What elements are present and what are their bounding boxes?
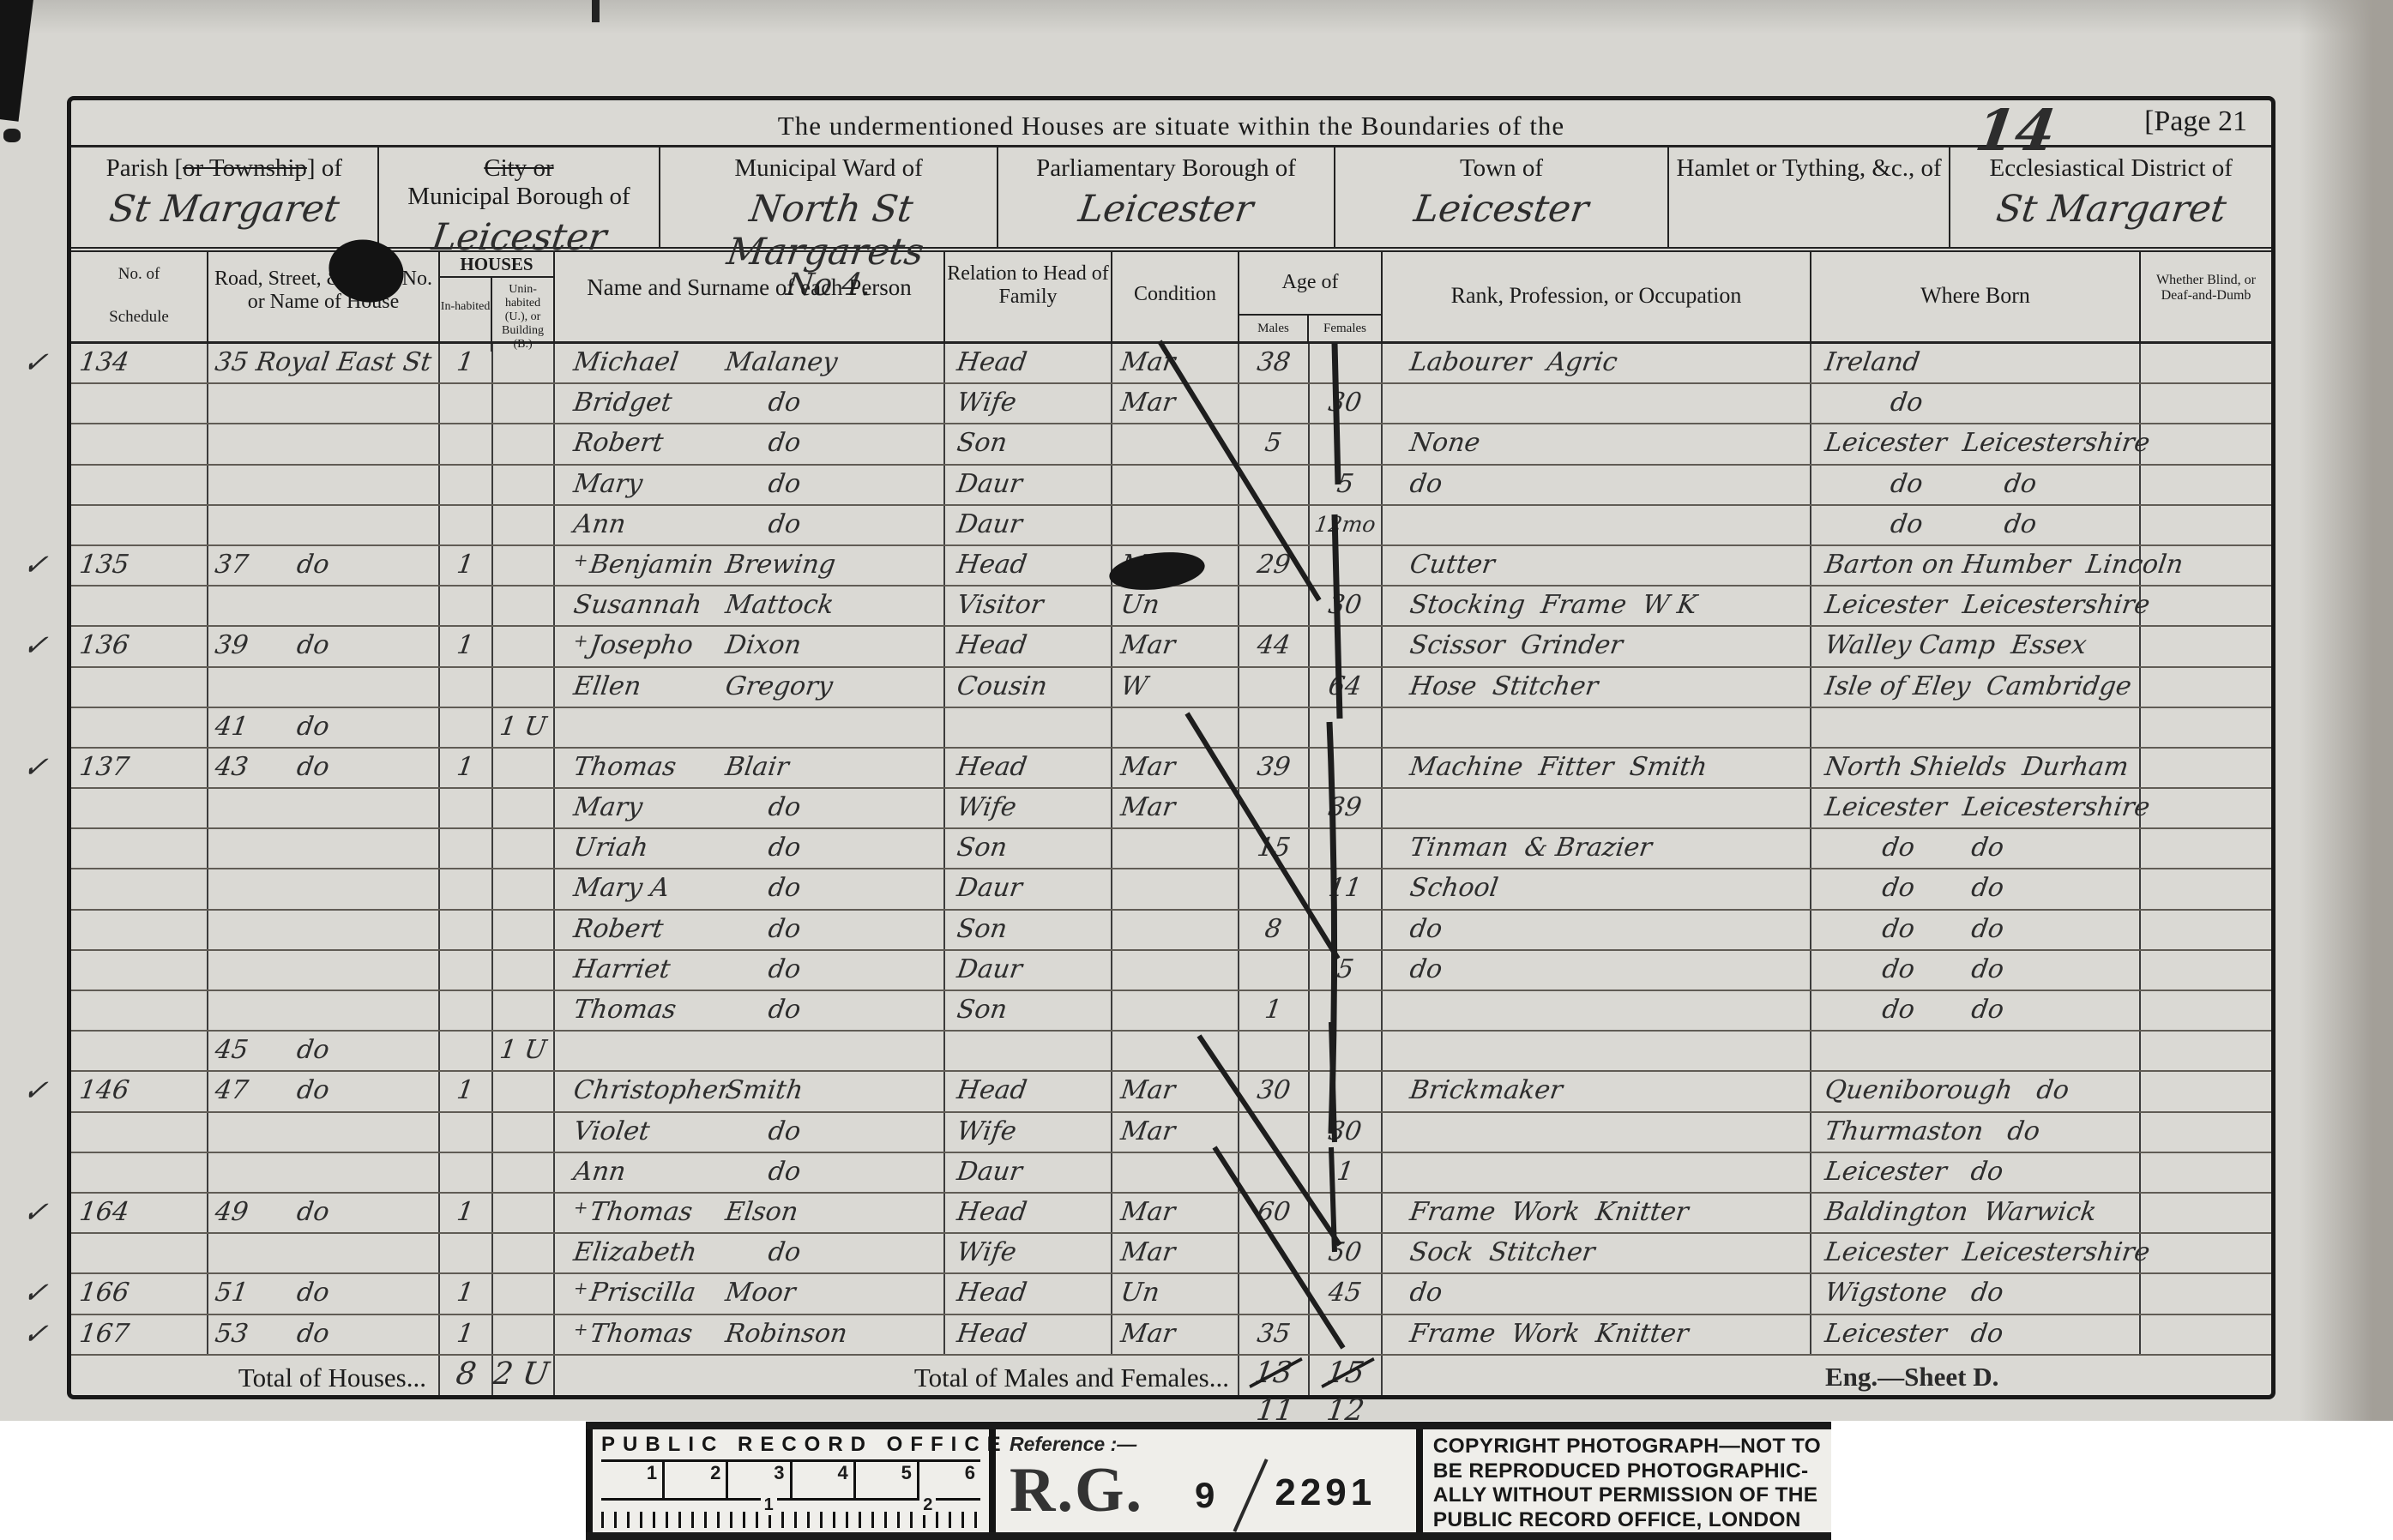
copyright-line: PUBLIC RECORD OFFICE, LONDON <box>1433 1508 1821 1533</box>
cell-inhabited <box>440 951 493 990</box>
cell-infirm <box>2141 1113 2271 1152</box>
cell-age-female <box>1310 991 1383 1030</box>
cell-born: do do <box>1811 869 2141 908</box>
cell-uninhabited <box>493 627 555 665</box>
cell-uninhabited <box>493 829 555 868</box>
cell-relation: Head <box>945 344 1112 382</box>
cell-name: +PriscillaMoor <box>555 1274 945 1313</box>
pro-title: PUBLIC RECORD OFFICE <box>601 1433 980 1462</box>
header-field-value: Leicester <box>998 188 1334 231</box>
cell-relation: Wife <box>945 789 1112 827</box>
cell-street: 49 do <box>208 1194 440 1232</box>
total-houses-uninhabited: 2 U <box>493 1356 555 1395</box>
cell-inhabited <box>440 587 493 625</box>
cell-age-female <box>1310 749 1383 787</box>
table-row: Mary AdoDaur11School do do <box>71 869 2271 910</box>
cell-uninhabited <box>493 1274 555 1313</box>
cell-uninhabited <box>493 668 555 707</box>
cell-uninhabited <box>493 546 555 585</box>
cell-infirm <box>2141 1234 2271 1272</box>
table-header-row: No. of Schedule Road, Street, &c., and N… <box>71 252 2271 344</box>
cell-condition: Mar <box>1112 384 1239 423</box>
cell-uninhabited <box>493 1234 555 1272</box>
ink-spot <box>3 129 21 142</box>
cell-uninhabited <box>493 951 555 990</box>
header-field-borough: City orMunicipal Borough ofLeicester <box>379 147 661 247</box>
inch-number: 6 <box>919 1462 980 1498</box>
cell-inhabited <box>440 789 493 827</box>
cell-relation: Daur <box>945 466 1112 504</box>
cell-occupation: Scissor Grinder <box>1383 627 1811 665</box>
check-mark: ✓ <box>21 1074 50 1108</box>
cell-name: Mary Ado <box>555 869 945 908</box>
cell-relation <box>945 1032 1112 1070</box>
cell-born: do do <box>1811 951 2141 990</box>
cell-street <box>208 466 440 504</box>
cell-condition: Mar <box>1112 1234 1239 1272</box>
cell-occupation: Tinman & Brazier <box>1383 829 1811 868</box>
check-mark: ✓ <box>21 548 50 582</box>
cell-age-male: 5 <box>1239 424 1310 463</box>
check-mark: ✓ <box>21 629 50 663</box>
cell-occupation <box>1383 789 1811 827</box>
cell-born: Leicester Leicestershire <box>1811 424 2141 463</box>
header-field-ecclesiastical-district: Ecclesiastical District ofSt Margaret <box>1950 147 2271 247</box>
cell-name: Anndo <box>555 506 945 544</box>
cell-name <box>555 708 945 747</box>
cell-street <box>208 424 440 463</box>
cell-condition <box>1112 951 1239 990</box>
sheet-label: Eng.—Sheet D. <box>1825 1362 1998 1393</box>
table-row: 45 do1 U <box>71 1032 2271 1072</box>
cell-name <box>555 1032 945 1070</box>
cell-schedule <box>71 424 208 463</box>
cell-condition <box>1112 1032 1239 1070</box>
cell-relation: Daur <box>945 869 1112 908</box>
cell-relation <box>945 708 1112 747</box>
cell-uninhabited <box>493 1315 555 1354</box>
cell-infirm <box>2141 1194 2271 1232</box>
total-houses-inhabited: 8 <box>440 1356 493 1395</box>
cell-name: Marydo <box>555 466 945 504</box>
cell-infirm <box>2141 749 2271 787</box>
table-row: UriahdoSon15Tinman & Brazier do do <box>71 829 2271 869</box>
check-mark: ✓ <box>21 1195 50 1230</box>
cell-schedule <box>71 1032 208 1070</box>
cell-occupation <box>1383 506 1811 544</box>
cell-age-female <box>1310 708 1383 747</box>
cell-inhabited <box>440 829 493 868</box>
cell-condition: W <box>1112 668 1239 707</box>
cell-inhabited <box>440 1153 493 1192</box>
cell-age-male <box>1239 506 1310 544</box>
pen-tick: + <box>572 1319 589 1339</box>
cell-name: Bridgetdo <box>555 384 945 423</box>
header-field-parish: Parish [or Township] ofSt Margaret <box>71 147 379 247</box>
cell-age-male: 30 <box>1239 1072 1310 1110</box>
cell-relation: Head <box>945 1315 1112 1354</box>
cell-age-female: 64 <box>1310 668 1383 707</box>
cell-infirm <box>2141 829 2271 868</box>
cell-uninhabited <box>493 911 555 949</box>
total-males-females-label: Total of Males and Females... <box>555 1356 1239 1395</box>
cell-age-female: 5 <box>1310 951 1383 990</box>
cell-born <box>1811 708 2141 747</box>
cell-occupation: do <box>1383 911 1811 949</box>
cell-schedule: ✓146 <box>71 1072 208 1110</box>
cell-schedule <box>71 829 208 868</box>
cell-born: Ireland <box>1811 344 2141 382</box>
cell-schedule: ✓166 <box>71 1274 208 1313</box>
cell-uninhabited <box>493 1072 555 1110</box>
cell-occupation: None <box>1383 424 1811 463</box>
table-row: RobertdoSon8do do do <box>71 911 2271 951</box>
table-row: ✓16753 do1+ThomasRobinsonHeadMar35Frame … <box>71 1315 2271 1356</box>
cell-age-female <box>1310 1315 1383 1354</box>
cell-condition <box>1112 708 1239 747</box>
cell-born: do do <box>1811 911 2141 949</box>
header-field-value: Leicester <box>1335 188 1667 231</box>
header-field-value <box>1669 188 1950 230</box>
cell-street <box>208 1153 440 1192</box>
cell-condition <box>1112 506 1239 544</box>
cell-age-female <box>1310 1072 1383 1110</box>
cell-relation: Wife <box>945 1113 1112 1152</box>
header-field-value: St Margaret <box>1950 188 2271 231</box>
cell-infirm <box>2141 1274 2271 1313</box>
cell-inhabited <box>440 1234 493 1272</box>
cell-born: do <box>1811 384 2141 423</box>
pen-tick: + <box>572 1278 589 1298</box>
cell-infirm <box>2141 951 2271 990</box>
cell-inhabited <box>440 1032 493 1070</box>
header-field-value: St Margaret <box>71 188 377 231</box>
photo-right-edge <box>2299 0 2393 1421</box>
cell-born: Walley Camp Essex <box>1811 627 2141 665</box>
cell-uninhabited <box>493 749 555 787</box>
cell-occupation: Sock Stitcher <box>1383 1234 1811 1272</box>
cell-infirm <box>2141 708 2271 747</box>
cell-condition <box>1112 869 1239 908</box>
cell-inhabited: 1 <box>440 546 493 585</box>
cell-uninhabited <box>493 1194 555 1232</box>
header-field-parliamentary-borough: Parliamentary Borough ofLeicester <box>998 147 1335 247</box>
cell-occupation: Machine Fitter Smith <box>1383 749 1811 787</box>
cell-inhabited: 1 <box>440 749 493 787</box>
col-header-houses: HOUSES In-habited Unin-habited (U.), or … <box>440 252 555 341</box>
cell-age-male <box>1239 1274 1310 1313</box>
cell-occupation: do <box>1383 466 1811 504</box>
cell-age-male <box>1239 789 1310 827</box>
cell-born: Thurmaston do <box>1811 1113 2141 1152</box>
cell-age-male: 8 <box>1239 911 1310 949</box>
cell-name: MichaelMalaney <box>555 344 945 382</box>
cell-age-male: 15 <box>1239 829 1310 868</box>
table-row: MarydoDaur5do do do <box>71 466 2271 506</box>
cell-age-male: 60 <box>1239 1194 1310 1232</box>
cell-relation: Daur <box>945 506 1112 544</box>
cell-name: Thomasdo <box>555 991 945 1030</box>
cell-street <box>208 668 440 707</box>
cell-occupation: Hose Stitcher <box>1383 668 1811 707</box>
cell-street: 51 do <box>208 1274 440 1313</box>
header-field-town: Town ofLeicester <box>1335 147 1668 247</box>
cell-occupation: Labourer Agric <box>1383 344 1811 382</box>
cell-born: Leicester Leicestershire <box>1811 587 2141 625</box>
cell-street: 35 Royal East St <box>208 344 440 382</box>
census-form: The undermentioned Houses are situate wi… <box>67 96 2275 1399</box>
cell-age-female <box>1310 1032 1383 1070</box>
cell-schedule <box>71 587 208 625</box>
cell-born: do do <box>1811 991 2141 1030</box>
cell-inhabited <box>440 466 493 504</box>
reference-label: Reference :— <box>1010 1433 1402 1456</box>
cell-schedule <box>71 869 208 908</box>
table-row: RobertdoSon5NoneLeicester Leicestershire <box>71 424 2271 465</box>
cell-condition: Mar <box>1112 1315 1239 1354</box>
cell-uninhabited: 1 U <box>493 1032 555 1070</box>
top-ink-speck <box>592 0 600 22</box>
copyright-line: COPYRIGHT PHOTOGRAPH—NOT TO <box>1433 1435 1821 1459</box>
cell-born: Isle of Eley Cambridge <box>1811 668 2141 707</box>
col-header-infirm: Whether Blind, or Deaf-and-Dumb <box>2141 252 2271 341</box>
col-header-uninhabited: Unin-habited (U.), or Building (B.) <box>492 278 553 352</box>
col-header-condition: Condition <box>1112 252 1239 341</box>
cell-schedule: ✓135 <box>71 546 208 585</box>
col-header-schedule: No. of Schedule <box>71 252 208 341</box>
cell-occupation: Frame Work Knitter <box>1383 1194 1811 1232</box>
cell-occupation <box>1383 1153 1811 1192</box>
cell-age-female: 11 <box>1310 869 1383 908</box>
cell-name: Robertdo <box>555 911 945 949</box>
boundary-title: The undermentioned Houses are situate wi… <box>778 111 1564 141</box>
cell-condition: Mar <box>1112 1194 1239 1232</box>
cell-occupation: School <box>1383 869 1811 908</box>
table-row: MarydoWifeMar39Leicester Leicestershire <box>71 789 2271 829</box>
copyright-line: ALLY WITHOUT PERMISSION OF THE <box>1433 1483 1821 1508</box>
col-header-born: Where Born <box>1811 252 2141 341</box>
cell-street <box>208 506 440 544</box>
cell-street: 37 do <box>208 546 440 585</box>
cell-occupation: Brickmaker <box>1383 1072 1811 1110</box>
cell-relation: Cousin <box>945 668 1112 707</box>
total-females: 15 12 <box>1310 1356 1383 1395</box>
cell-infirm <box>2141 911 2271 949</box>
inch-number: 5 <box>856 1462 919 1498</box>
cell-age-female <box>1310 424 1383 463</box>
cell-condition: Mar <box>1112 749 1239 787</box>
cell-condition <box>1112 911 1239 949</box>
cell-age-male <box>1239 951 1310 990</box>
cell-condition: Mar <box>1112 627 1239 665</box>
table-row: AnndoDaur1Leicester do <box>71 1153 2271 1194</box>
cell-born: Queniborough do <box>1811 1072 2141 1110</box>
cell-street: 43 do <box>208 749 440 787</box>
cell-relation: Daur <box>945 1153 1112 1192</box>
cell-age-female <box>1310 1194 1383 1232</box>
cell-age-male <box>1239 587 1310 625</box>
copyright-line: BE REPRODUCED PHOTOGRAPHIC- <box>1433 1459 1821 1484</box>
cell-age-female: 30 <box>1310 1113 1383 1152</box>
table-row: ✓13639 do1+JosephoDixonHeadMar44Scissor … <box>71 627 2271 667</box>
cell-infirm <box>2141 668 2271 707</box>
cell-occupation <box>1383 708 1811 747</box>
cell-age-male <box>1239 1113 1310 1152</box>
cell-name: EllenGregory <box>555 668 945 707</box>
fine-ruler: 1 2 <box>601 1501 980 1528</box>
header-field-hamlet: Hamlet or Tything, &c., of <box>1669 147 1951 247</box>
cell-born: do do <box>1811 829 2141 868</box>
cell-relation: Son <box>945 829 1112 868</box>
cell-schedule <box>71 1153 208 1192</box>
cell-street <box>208 1113 440 1152</box>
cell-age-female: 5 <box>1310 466 1383 504</box>
col-header-occupation: Rank, Profession, or Occupation <box>1383 252 1811 341</box>
cell-name: Anndo <box>555 1153 945 1192</box>
inch-number: 4 <box>793 1462 856 1498</box>
cell-condition: Mar <box>1112 344 1239 382</box>
header-field-ward: Municipal Ward ofNorth St MargaretsNo 4. <box>660 147 998 247</box>
copyright-notice: COPYRIGHT PHOTOGRAPH—NOT TOBE REPRODUCED… <box>1423 1429 1831 1532</box>
cell-inhabited <box>440 668 493 707</box>
cell-name: Violetdo <box>555 1113 945 1152</box>
cell-uninhabited <box>493 991 555 1030</box>
pen-tick: + <box>572 550 589 570</box>
check-mark: ✓ <box>21 1276 50 1310</box>
cell-age-male: 35 <box>1239 1315 1310 1354</box>
census-rows: ✓13435 Royal East St1MichaelMalaneyHeadM… <box>71 344 2271 1356</box>
cell-age-male <box>1239 668 1310 707</box>
col-header-age: Age of Males Females <box>1239 252 1383 341</box>
check-mark: ✓ <box>21 750 50 785</box>
cell-inhabited: 1 <box>440 1072 493 1110</box>
cell-condition: Mar <box>1112 789 1239 827</box>
cell-inhabited: 1 <box>440 1194 493 1232</box>
cell-relation: Wife <box>945 1234 1112 1272</box>
cell-schedule <box>71 1234 208 1272</box>
cell-born: Leicester Leicestershire <box>1811 789 2141 827</box>
table-row: ✓13743 do1ThomasBlairHeadMar39Machine Fi… <box>71 749 2271 789</box>
cell-relation: Head <box>945 546 1112 585</box>
cell-uninhabited: 1 U <box>493 708 555 747</box>
cell-infirm <box>2141 1032 2271 1070</box>
cell-age-male: 44 <box>1239 627 1310 665</box>
cell-occupation: Cutter <box>1383 546 1811 585</box>
cell-uninhabited <box>493 344 555 382</box>
inch-number: 3 <box>728 1462 792 1498</box>
cell-relation: Head <box>945 1274 1112 1313</box>
page-number-label: [Page 21 <box>2144 105 2247 138</box>
cell-uninhabited <box>493 506 555 544</box>
cell-street: 39 do <box>208 627 440 665</box>
cell-schedule: ✓164 <box>71 1194 208 1232</box>
cell-inhabited: 1 <box>440 1274 493 1313</box>
col-header-inhabited: In-habited <box>440 278 492 352</box>
cell-inhabited <box>440 869 493 908</box>
slash-mark <box>1233 1459 1269 1532</box>
cell-name: +BenjaminBrewing <box>555 546 945 585</box>
cell-inhabited <box>440 1113 493 1152</box>
table-row: ✓14647 do1ChristopherSmithHeadMar30Brick… <box>71 1072 2271 1112</box>
cell-age-male <box>1239 1153 1310 1192</box>
cell-condition <box>1112 1153 1239 1192</box>
cell-street <box>208 869 440 908</box>
cell-infirm <box>2141 344 2271 382</box>
cell-name: Uriahdo <box>555 829 945 868</box>
ruler-number: 1 <box>761 1495 777 1515</box>
cell-schedule <box>71 991 208 1030</box>
cell-schedule: ✓167 <box>71 1315 208 1354</box>
cell-relation: Son <box>945 424 1112 463</box>
cell-born: Leicester Leicestershire <box>1811 1234 2141 1272</box>
table-row: ElizabethdoWifeMar50Sock StitcherLeicest… <box>71 1234 2271 1274</box>
col-header-name: Name and Surname of each Person <box>555 252 945 341</box>
cell-street <box>208 789 440 827</box>
cell-street <box>208 829 440 868</box>
cell-street <box>208 911 440 949</box>
series-number: 9 <box>1195 1475 1215 1516</box>
cell-street <box>208 1234 440 1272</box>
cell-relation: Head <box>945 749 1112 787</box>
cell-schedule <box>71 668 208 707</box>
cell-inhabited <box>440 424 493 463</box>
table-row: HarrietdoDaur5do do do <box>71 951 2271 991</box>
cell-inhabited: 1 <box>440 1315 493 1354</box>
cell-name: Marydo <box>555 789 945 827</box>
cell-occupation <box>1383 991 1811 1030</box>
ruler-number: 2 <box>919 1495 936 1515</box>
cell-relation: Daur <box>945 951 1112 990</box>
cell-condition: Mar <box>1112 1113 1239 1152</box>
cell-street <box>208 991 440 1030</box>
cell-age-male: 39 <box>1239 749 1310 787</box>
cell-infirm <box>2141 869 2271 908</box>
cell-age-male: 38 <box>1239 344 1310 382</box>
cell-infirm <box>2141 587 2271 625</box>
col-header-relation: Relation to Head of Family <box>945 252 1112 341</box>
cell-condition: Mar <box>1112 1072 1239 1110</box>
cell-schedule <box>71 1113 208 1152</box>
cell-name: ChristopherSmith <box>555 1072 945 1110</box>
cell-born: Barton on Humber Lincoln <box>1811 546 2141 585</box>
boundary-header-fields: Parish [or Township] ofSt MargaretCity o… <box>71 147 2271 252</box>
cell-infirm <box>2141 1153 2271 1192</box>
cell-condition: Un <box>1112 1274 1239 1313</box>
cell-age-male <box>1239 708 1310 747</box>
cell-inhabited: 1 <box>440 344 493 382</box>
cell-name: Elizabethdo <box>555 1234 945 1272</box>
paper-top-shadow <box>0 0 2393 34</box>
cell-age-male: 29 <box>1239 546 1310 585</box>
total-males: 13 11 <box>1239 1356 1310 1395</box>
table-row: EllenGregoryCousinW64Hose StitcherIsle o… <box>71 668 2271 708</box>
cell-age-female: 30 <box>1310 384 1383 423</box>
cell-street: 45 do <box>208 1032 440 1070</box>
cell-relation: Head <box>945 627 1112 665</box>
cell-age-female <box>1310 344 1383 382</box>
cell-inhabited <box>440 506 493 544</box>
cell-infirm <box>2141 627 2271 665</box>
reference-section: Reference :— R.G. 9 2291 <box>996 1429 1423 1532</box>
series-code: R.G. <box>1010 1462 1143 1519</box>
cell-name: Harrietdo <box>555 951 945 990</box>
cell-born: Leicester do <box>1811 1153 2141 1192</box>
cell-name: +ThomasRobinson <box>555 1315 945 1354</box>
col-header-males: Males <box>1239 316 1309 341</box>
cell-infirm <box>2141 424 2271 463</box>
cell-relation: Wife <box>945 384 1112 423</box>
cell-uninhabited <box>493 1113 555 1152</box>
